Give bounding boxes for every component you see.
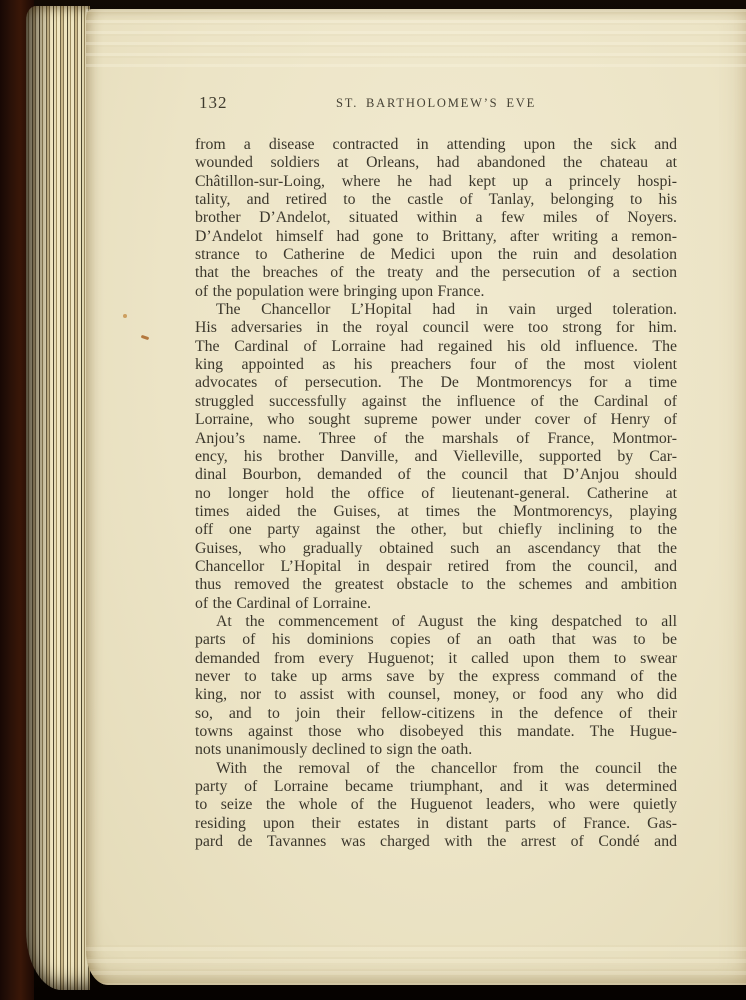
page-content: 132 ST. BARTHOLOMEW’S EVE from a disease… (86, 9, 746, 985)
text-line: At the commencement of August the king d… (195, 613, 677, 631)
book-page: 132 ST. BARTHOLOMEW’S EVE from a disease… (86, 9, 746, 985)
text-line: struggled successfully against the influ… (195, 393, 677, 411)
text-line: off one party against the other, but chi… (195, 521, 677, 539)
text-line: Guises, who gradually obtained such an a… (195, 540, 677, 558)
text-line: towns against those who disobeyed this m… (195, 723, 677, 741)
text-line: residing upon their estates in distant p… (195, 815, 677, 833)
text-line: no longer hold the office of lieutenant-… (195, 485, 677, 503)
text-line: thus removed the greatest obstacle to th… (195, 576, 677, 594)
text-line: ency, his brother Danville, and Viellevi… (195, 448, 677, 466)
text-line: Châtillon-sur-Loing, where he had kept u… (195, 173, 677, 191)
book-photo: 132 ST. BARTHOLOMEW’S EVE from a disease… (0, 0, 746, 1000)
text-line: advocates of persecution. The De Montmor… (195, 374, 677, 392)
text-line: from a disease contracted in attending u… (195, 136, 677, 154)
text-line: demanded from every Huguenot; it called … (195, 650, 677, 668)
paragraph: The Chancellor L’Hopital had in vain urg… (195, 301, 677, 613)
running-title: ST. BARTHOLOMEW’S EVE (195, 93, 677, 111)
text-line: to seize the whole of the Huguenot leade… (195, 796, 677, 814)
text-line: never to take up arms save by the expres… (195, 668, 677, 686)
text-line: that the breaches of the treaty and the … (195, 264, 677, 282)
text-line: of the Cardinal of Lorraine. (195, 595, 677, 613)
text-line: Lorraine, who sought supreme power under… (195, 411, 677, 429)
text-line: king appointed as his preachers four of … (195, 356, 677, 374)
text-line: Anjou’s name. Three of the marshals of F… (195, 430, 677, 448)
text-line: times aided the Guises, at times the Mon… (195, 503, 677, 521)
text-line: D’Andelot himself had gone to Brittany, … (195, 228, 677, 246)
text-line: party of Lorraine became triumphant, and… (195, 778, 677, 796)
text-line: His adversaries in the royal council wer… (195, 319, 677, 337)
text-line: nots unanimously declined to sign the oa… (195, 741, 677, 759)
paragraph: At the commencement of August the king d… (195, 613, 677, 760)
text-line: pard de Tavannes was charged with the ar… (195, 833, 677, 851)
text-line: so, and to join their fellow-citizens in… (195, 705, 677, 723)
text-line: brother D’Andelot, situated within a few… (195, 209, 677, 227)
paragraph: from a disease contracted in attending u… (195, 136, 677, 301)
text-block: from a disease contracted in attending u… (195, 136, 677, 851)
text-line: of the population were bringing upon Fra… (195, 283, 677, 301)
text-line: With the removal of the chancellor from … (195, 760, 677, 778)
text-line: strance to Catherine de Medici upon the … (195, 246, 677, 264)
paragraph: With the removal of the chancellor from … (195, 760, 677, 852)
text-line: king, nor to assist with counsel, money,… (195, 686, 677, 704)
text-line: The Chancellor L’Hopital had in vain urg… (195, 301, 677, 319)
page-header: 132 ST. BARTHOLOMEW’S EVE (195, 93, 677, 115)
text-line: parts of his dominions copies of an oath… (195, 631, 677, 649)
page-number: 132 (199, 93, 228, 113)
text-line: Chancellor L’Hopital in despair retired … (195, 558, 677, 576)
page-edge-stack (26, 6, 90, 990)
text-line: dinal Bourbon, demanded of the council t… (195, 466, 677, 484)
text-line: The Cardinal of Lorraine had regained hi… (195, 338, 677, 356)
text-line: wounded soldiers at Orleans, had abandon… (195, 154, 677, 172)
text-line: tality, and retired to the castle of Tan… (195, 191, 677, 209)
